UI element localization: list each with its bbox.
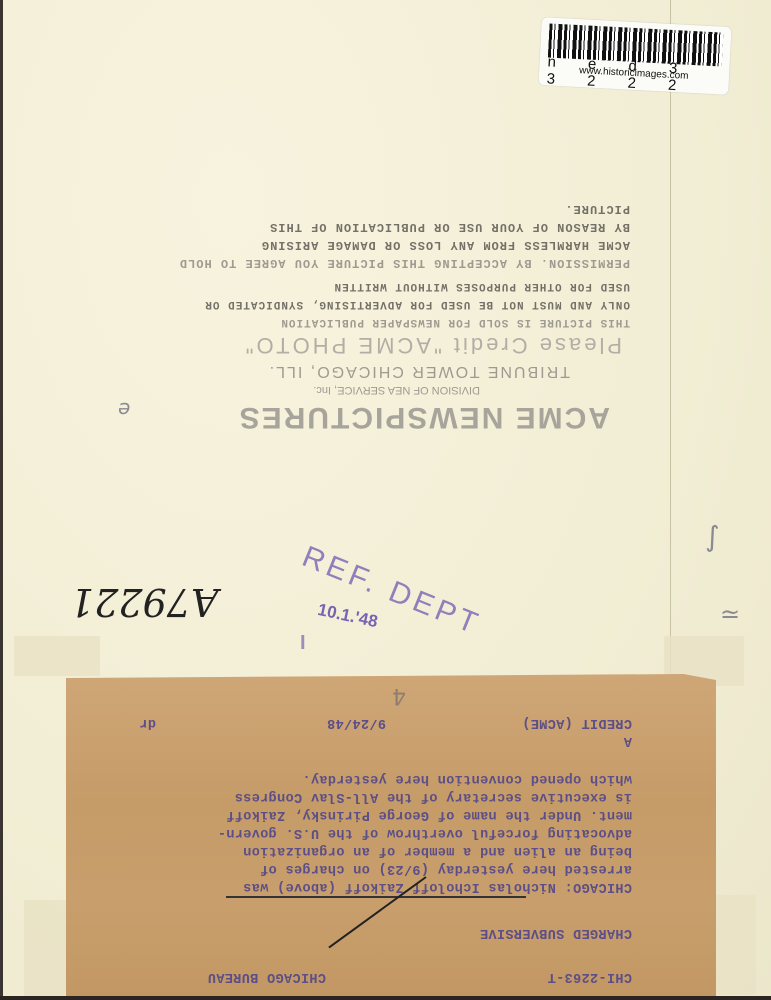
pen-underline	[226, 896, 526, 898]
stamp-line-address: TRIBUNE TOWER CHICAGO, ILL.	[268, 362, 570, 380]
caption-pencil-mark: 4	[392, 683, 406, 708]
caption-body-line-6: is executive secretary of the All-Slav C…	[234, 789, 632, 804]
stamp-line-9: ACME HARMLESS FROM ANY LOSS OR DAMAGE AR…	[261, 238, 630, 252]
stamp-line-7: USED FOR OTHER PURPOSES WITHOUT WRITTEN	[334, 280, 630, 292]
scan-edge-bottom	[0, 996, 771, 1000]
caption-body-line-4: advocating forceful overthrow of the U.S…	[218, 825, 632, 840]
caption-body-line-7: which opened convention here yesterday.	[302, 771, 632, 786]
caption-headline: CHARGED SUBVERSIVE	[480, 925, 632, 940]
caption-slip: CHI-2263-T CHICAGO BUREAU CHARGED SUBVER…	[66, 674, 716, 998]
caption-bureau: CHICAGO BUREAU	[208, 969, 326, 984]
stamp-line-6: ONLY AND MUST NOT BE USED FOR ADVERTISIN…	[204, 298, 630, 310]
caption-service: A	[624, 733, 632, 748]
tape-remnant-bottom-left	[24, 900, 68, 996]
caption-credit: CREDIT (ACME)	[522, 715, 632, 730]
caption-body-line-2: arrested here yesterday (9/23) on charge…	[260, 861, 632, 876]
tape-remnant-top-left	[14, 636, 100, 676]
acme-newspictures-stamp: ACME NEWSPICTURES DIVISION OF NEA SERVIC…	[180, 120, 630, 440]
caption-body-line-3: being an alien and a member of an organi…	[243, 843, 632, 858]
stamp-line-credit: Please Credit "ACME PHOTO"	[243, 332, 622, 358]
pencil-scribble-2: ≃	[720, 600, 740, 628]
caption-slug: CHI-2263-T	[547, 969, 632, 984]
tape-remnant-bottom-right	[716, 895, 756, 995]
ref-dept-tick: I	[300, 632, 306, 655]
stamp-line-title: ACME NEWSPICTURES	[238, 400, 610, 434]
caption-initials: dr	[139, 715, 156, 730]
handwritten-inventory-number: A79221	[70, 580, 218, 624]
stamp-line-5: THIS PICTURE IS SOLD FOR NEWSPAPER PUBLI…	[280, 316, 630, 328]
barcode-sticker: n e d 3 3 2 2 2 www.historicimages.com	[538, 17, 731, 95]
stamp-line-10: BY REASON OF YOUR USE OR PUBLICATION OF …	[269, 220, 630, 234]
caption-date: 9/24/48	[327, 715, 386, 730]
caption-body-line-1: CHICAGO: Nicholas Icholoff Zaikoff (abov…	[243, 879, 632, 894]
pencil-mark-e: e	[118, 398, 130, 422]
scan-edge-left	[0, 0, 3, 1000]
stamp-line-11: PICTURE.	[564, 202, 630, 216]
stamp-line-division: DIVISION OF NEA SERVICE, Inc.	[313, 384, 480, 396]
caption-body-line-5: ment. Under the name of George Pirinsky,…	[226, 807, 632, 822]
caption-slip-upside-down: CHI-2263-T CHICAGO BUREAU CHARGED SUBVER…	[66, 674, 716, 998]
pencil-scribble-1: ∫	[705, 520, 720, 553]
stamp-line-8: PERMISSION. BY ACCEPTING THIS PICTURE YO…	[179, 256, 630, 270]
